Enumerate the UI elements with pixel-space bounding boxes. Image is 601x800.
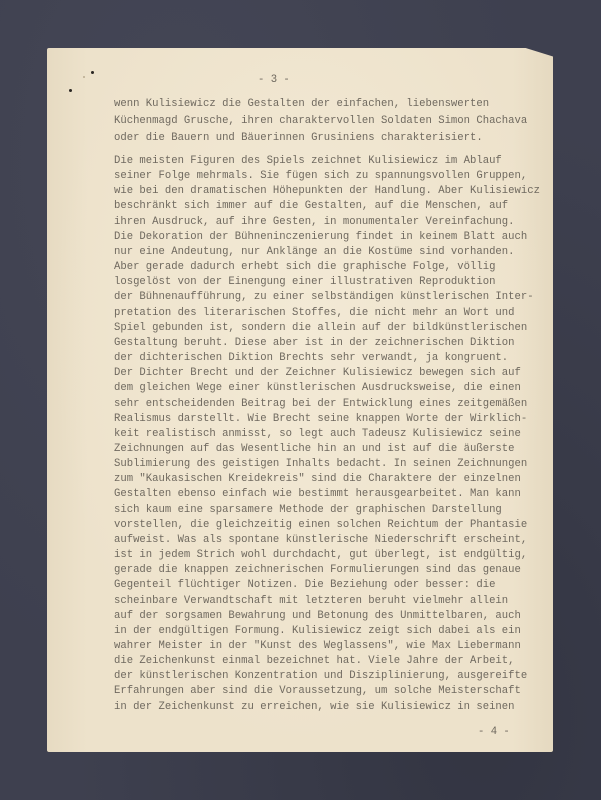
text-line: die Zeichenkunst einmal bezeichnet hat. … (114, 654, 554, 669)
text-line: gerade die knappen zeichnerischen Formul… (114, 563, 554, 578)
text-line: der dichterischen Diktion Brechts sehr v… (114, 351, 554, 366)
text-line: oder die Bauern und Bäuerinnen Grusinien… (114, 130, 554, 147)
text-line: Spiel gebunden ist, sondern die allein a… (114, 321, 554, 336)
text-line: sich kaum eine sparsamere Methode der gr… (114, 503, 554, 518)
text-line: wahrer Meister in der "Kunst des Weglass… (114, 639, 554, 654)
text-line: der Bühnenaufführung, zu einer selbständ… (114, 290, 554, 305)
text-line: in der endgültigen Formung. Kulisiewicz … (114, 624, 554, 639)
text-line: der künstlerischen Konzentration und Dis… (114, 669, 554, 684)
text-line: nur eine Andeutung, nur Anklänge an die … (114, 245, 554, 260)
page-number-top: - 3 - (258, 74, 290, 86)
text-line: scheinbare Verwandtschaft mit letzteren … (114, 594, 554, 609)
text-line: pretation des literarischen Stoffes, die… (114, 306, 554, 321)
ink-speck (91, 71, 94, 74)
text-line: Die Dekoration der Bühneninczenierung fi… (114, 230, 554, 245)
text-line: Gestalten ebenso einfach wie bestimmt he… (114, 487, 554, 502)
text-line: Sublimierung des geistigen Inhalts bedac… (114, 457, 554, 472)
text-line: Realismus darstellt. Wie Brecht seine kn… (114, 412, 554, 427)
text-line: seiner Folge mehrmals. Sie fügen sich zu… (114, 169, 554, 184)
text-line: Die meisten Figuren des Spiels zeichnet … (114, 154, 554, 169)
text-line: vorstellen, die gleichzeitig einen solch… (114, 518, 554, 533)
ink-speck (69, 89, 72, 92)
text-line: keit realistisch anmisst, so legt auch T… (114, 427, 554, 442)
text-line: Gegenteil flüchtiger Notizen. Die Bezieh… (114, 578, 554, 593)
text-line: Küchenmagd Grusche, ihren charaktervolle… (114, 113, 554, 130)
text-line: aufweist. Was als spontane künstlerische… (114, 533, 554, 548)
text-line: Zeichnungen auf das Wesentliche hin an u… (114, 442, 554, 457)
paragraph: wenn Kulisiewicz die Gestalten der einfa… (114, 96, 554, 147)
paragraph: Die meisten Figuren des Spiels zeichnet … (114, 154, 554, 715)
text-line: wie bei den dramatischen Höhepunkten der… (114, 184, 554, 199)
text-line: dem gleichen Wege einer künstlerischen A… (114, 381, 554, 396)
text-line: losgelöst von der Einengung einer illust… (114, 275, 554, 290)
text-line: zum "Kaukasischen Kreidekreis" sind die … (114, 472, 554, 487)
text-line: Der Dichter Brecht und der Zeichner Kuli… (114, 366, 554, 381)
page-number-bottom: - 4 - (478, 726, 510, 738)
text-line: auf der sorgsamen Bewahrung und Betonung… (114, 609, 554, 624)
text-line: wenn Kulisiewicz die Gestalten der einfa… (114, 96, 554, 113)
text-line: ist in jedem Strich wohl durchdacht, gut… (114, 548, 554, 563)
text-line: beschränkt sich immer auf die Gestalten,… (114, 199, 554, 214)
text-line: Erfahrungen aber sind die Voraussetzung,… (114, 684, 554, 699)
text-line: ihren Ausdruck, auf ihre Gesten, in monu… (114, 215, 554, 230)
text-line: Gestaltung beruht. Diese aber ist in der… (114, 336, 554, 351)
text-line: sehr entscheidenden Beitrag bei der Entw… (114, 397, 554, 412)
paper-speck (83, 76, 85, 78)
text-line: Aber gerade dadurch erhebt sich die grap… (114, 260, 554, 275)
text-line: in der Zeichenkunst zu erreichen, wie si… (114, 700, 554, 715)
